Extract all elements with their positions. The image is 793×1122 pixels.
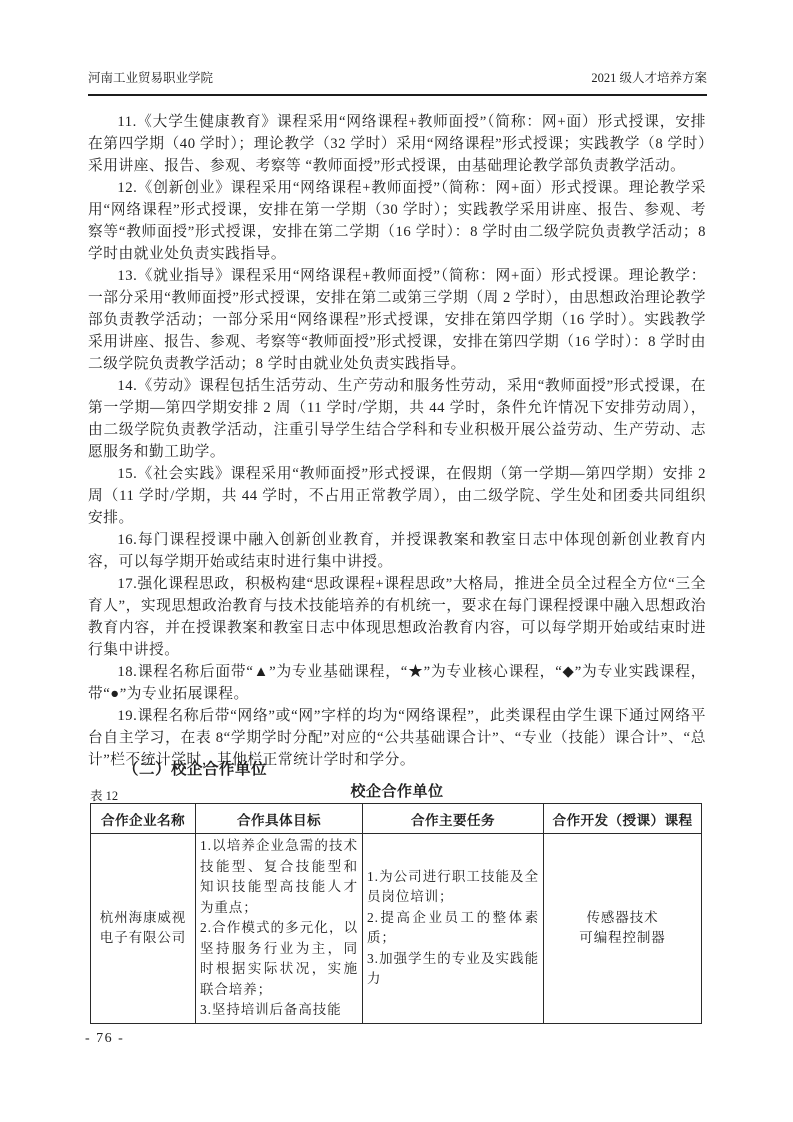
- column-header-goals: 合作具体目标: [196, 804, 363, 834]
- courses-cell: 传感器技术 可编程控制器: [544, 834, 702, 1024]
- task-item: 1.为公司进行职工技能及全员岗位培训；: [367, 867, 539, 908]
- paragraph-11: 11.《大学生健康教育》课程采用“网络课程+教师面授”（简称：网+面）形式授课，…: [88, 111, 706, 177]
- paragraph-16: 16.每门课程授课中融入创新创业教育，并授课教案和教室日志中体现创新创业教育内容…: [88, 529, 706, 573]
- goal-item: 2.合作模式的多元化，以坚持服务行业为主，同时根据实际状况，实施联合培养；: [200, 918, 358, 1000]
- document-page: 河南工业贸易职业学院 2021 级人才培养方案 11.《大学生健康教育》课程采用…: [0, 0, 793, 1122]
- header-document-title: 2021 级人才培养方案: [591, 70, 707, 86]
- table-header-row: 合作企业名称 合作具体目标 合作主要任务 合作开发（授课）课程: [91, 804, 702, 834]
- table-caption: 校企合作单位: [88, 782, 706, 802]
- course-item: 传感器技术: [548, 908, 697, 929]
- cooperation-table: 合作企业名称 合作具体目标 合作主要任务 合作开发（授课）课程 杭州海康威视 电…: [90, 803, 702, 1024]
- company-cell: 杭州海康威视 电子有限公司: [91, 834, 196, 1024]
- paragraph-18: 18.课程名称后面带“▲”为专业基础课程，“★”为专业核心课程，“◆”为专业实践…: [88, 661, 706, 705]
- table-row: 杭州海康威视 电子有限公司 1.以培养企业急需的技术技能型、复合技能型和知识技能…: [91, 834, 702, 1024]
- task-item: 2.提高企业员工的整体素质；: [367, 908, 539, 949]
- header-school-name: 河南工业贸易职业学院: [88, 70, 213, 86]
- paragraph-17: 17.强化课程思政，积极构建“思政课程+课程思政”大格局，推进全员全过程全方位“…: [88, 573, 706, 661]
- goal-item: 3.坚持培训后备高技能: [200, 1000, 358, 1021]
- page-header: 河南工业贸易职业学院 2021 级人才培养方案: [88, 70, 707, 96]
- body-text: 11.《大学生健康教育》课程采用“网络课程+教师面授”（简称：网+面）形式授课，…: [88, 111, 706, 771]
- paragraph-12: 12.《创新创业》课程采用“网络课程+教师面授”（简称：网+面）形式授课。理论教…: [88, 177, 706, 265]
- table-label: 表 12: [90, 786, 118, 804]
- column-header-courses: 合作开发（授课）课程: [544, 804, 702, 834]
- column-header-tasks: 合作主要任务: [363, 804, 544, 834]
- goal-item: 1.以培养企业急需的技术技能型、复合技能型和知识技能型高技能人才为重点；: [200, 836, 358, 918]
- cooperation-section: （二）校企合作单位 表 12 校企合作单位 合作企业名称 合作具体目标 合作主要…: [88, 759, 706, 1024]
- task-item: 3.加强学生的专业及实践能力: [367, 949, 539, 990]
- paragraph-13: 13.《就业指导》课程采用“网络课程+教师面授”（简称：网+面）形式授课。理论教…: [88, 265, 706, 375]
- paragraph-14: 14.《劳动》课程包括生活劳动、生产劳动和服务性劳动，采用“教师面授”形式授课，…: [88, 375, 706, 463]
- section-heading: （二）校企合作单位: [88, 759, 706, 780]
- paragraph-15: 15.《社会实践》课程采用“教师面授”形式授课，在假期（第一学期—第四学期）安排…: [88, 463, 706, 529]
- course-item: 可编程控制器: [548, 928, 697, 949]
- tasks-cell: 1.为公司进行职工技能及全员岗位培训； 2.提高企业员工的整体素质； 3.加强学…: [363, 834, 544, 1024]
- goals-cell: 1.以培养企业急需的技术技能型、复合技能型和知识技能型高技能人才为重点； 2.合…: [196, 834, 363, 1024]
- column-header-company: 合作企业名称: [91, 804, 196, 834]
- table-caption-row: 表 12 校企合作单位: [88, 782, 706, 802]
- page-number: - 76 -: [85, 1031, 124, 1047]
